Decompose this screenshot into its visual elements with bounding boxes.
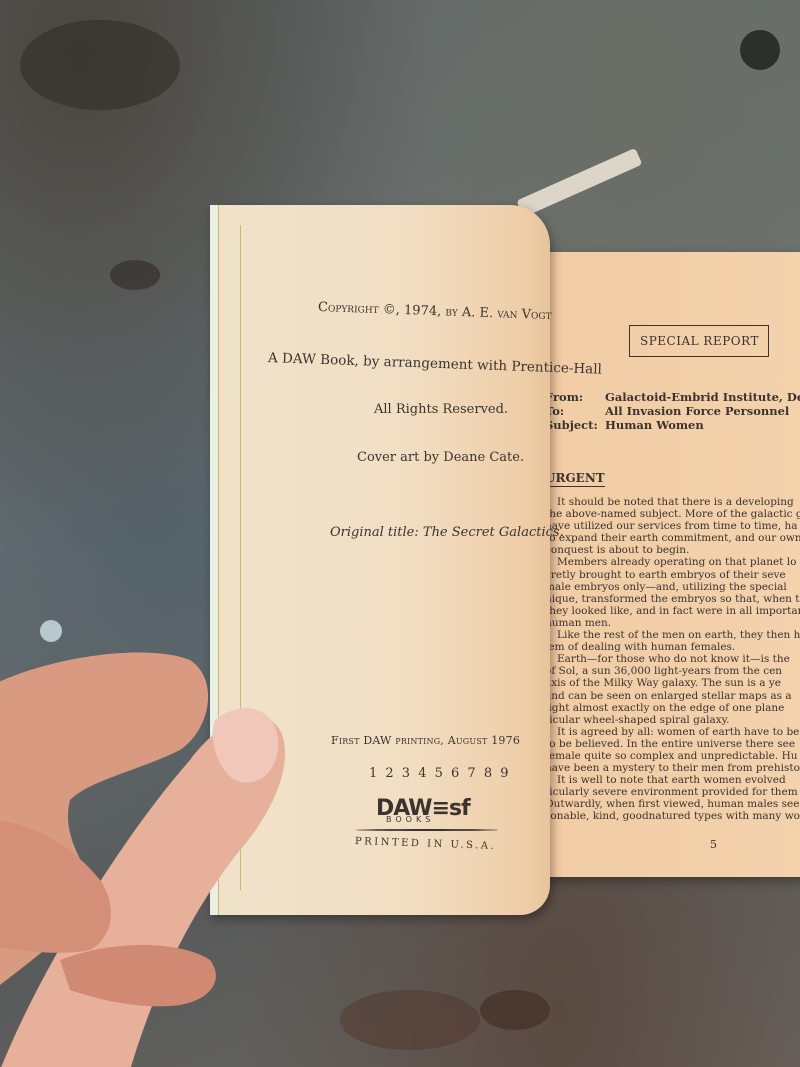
heading-text: SPECIAL REPORT [640, 334, 759, 348]
text-line: and can be seen on enlarged stellar maps… [545, 690, 800, 702]
memo-to: To:All Invasion Force Personnel [545, 404, 800, 418]
logo-sub: BOOKS [386, 815, 434, 824]
surface-stain [480, 990, 550, 1030]
text-line: human men. [545, 617, 800, 629]
text-line: sonable, kind, goodnatured types with ma… [545, 810, 800, 822]
text-line: It is well to note that earth women evol… [545, 774, 800, 786]
text-line: Like the rest of the men on earth, they … [545, 629, 800, 641]
text-line: lem of dealing with human females. [545, 641, 800, 653]
original-title-line: Original title: The Secret Galactics. [330, 525, 564, 540]
daw-books-logo: DAW≡sf BOOKS [356, 796, 506, 840]
text-line: male embryos only—and, utilizing the spe… [545, 581, 800, 593]
surface-stain [20, 20, 180, 110]
surface-stain [740, 30, 780, 70]
surface-stain [110, 260, 160, 290]
text-line: female quite so complex and unpredictabl… [545, 750, 800, 762]
body-text: It should be noted that there is a devel… [545, 496, 800, 823]
text-line: of Sol, a sun 36,000 light-years from th… [545, 665, 800, 677]
first-printing-line: First DAW printing, August 1976 [331, 734, 520, 747]
text-line: they looked like, and in fact were in al… [545, 605, 800, 617]
rights-line: All Rights Reserved. [374, 402, 508, 417]
special-report-heading: SPECIAL REPORT [629, 325, 769, 357]
text-line: Members already operating on that planet… [545, 556, 800, 568]
text-line: to expand their earth commitment, and ou… [545, 532, 800, 544]
page-number: 5 [710, 838, 717, 851]
memo-from: From:Galactoid-Embrid Institute, Dee… [545, 390, 800, 404]
memo-subject: Subject:Human Women [545, 418, 800, 432]
text-line: ticularly severe environment provided fo… [545, 786, 800, 798]
surface-stain [340, 990, 480, 1050]
text-line: the above-named subject. More of the gal… [545, 508, 800, 520]
text-line: nique, transformed the embryos so that, … [545, 593, 800, 605]
bookmark-ribbon [516, 148, 642, 217]
text-line: light almost exactly on the edge of one … [545, 702, 800, 714]
text-line: Outwardly, when first viewed, human male… [545, 798, 800, 810]
text-line: have been a mystery to their men from pr… [545, 762, 800, 774]
printing-number-line: 1 2 3 4 5 6 7 8 9 [369, 766, 511, 781]
surface-stain [40, 620, 62, 642]
text-line: have utilized our services from time to … [545, 520, 800, 532]
urgent-heading: URGENT [545, 471, 605, 487]
memo-header: From:Galactoid-Embrid Institute, Dee… To… [545, 390, 800, 432]
text-line: axis of the Milky Way galaxy. The sun is… [545, 677, 800, 689]
text-line: cretly brought to earth embryos of their… [545, 569, 800, 581]
text-line: Earth—for those who do not know it—is th… [545, 653, 800, 665]
text-line: It should be noted that there is a devel… [545, 496, 800, 508]
hand [0, 640, 300, 1067]
cover-art-line: Cover art by Deane Cate. [357, 450, 524, 465]
text-line: conquest is about to begin. [545, 544, 800, 556]
text-line: to be believed. In the entire universe t… [545, 738, 800, 750]
text-line: ticular wheel-shaped spiral galaxy. [545, 714, 800, 726]
logo-rule [356, 829, 498, 831]
text-line: It is agreed by all: women of earth have… [545, 726, 800, 738]
